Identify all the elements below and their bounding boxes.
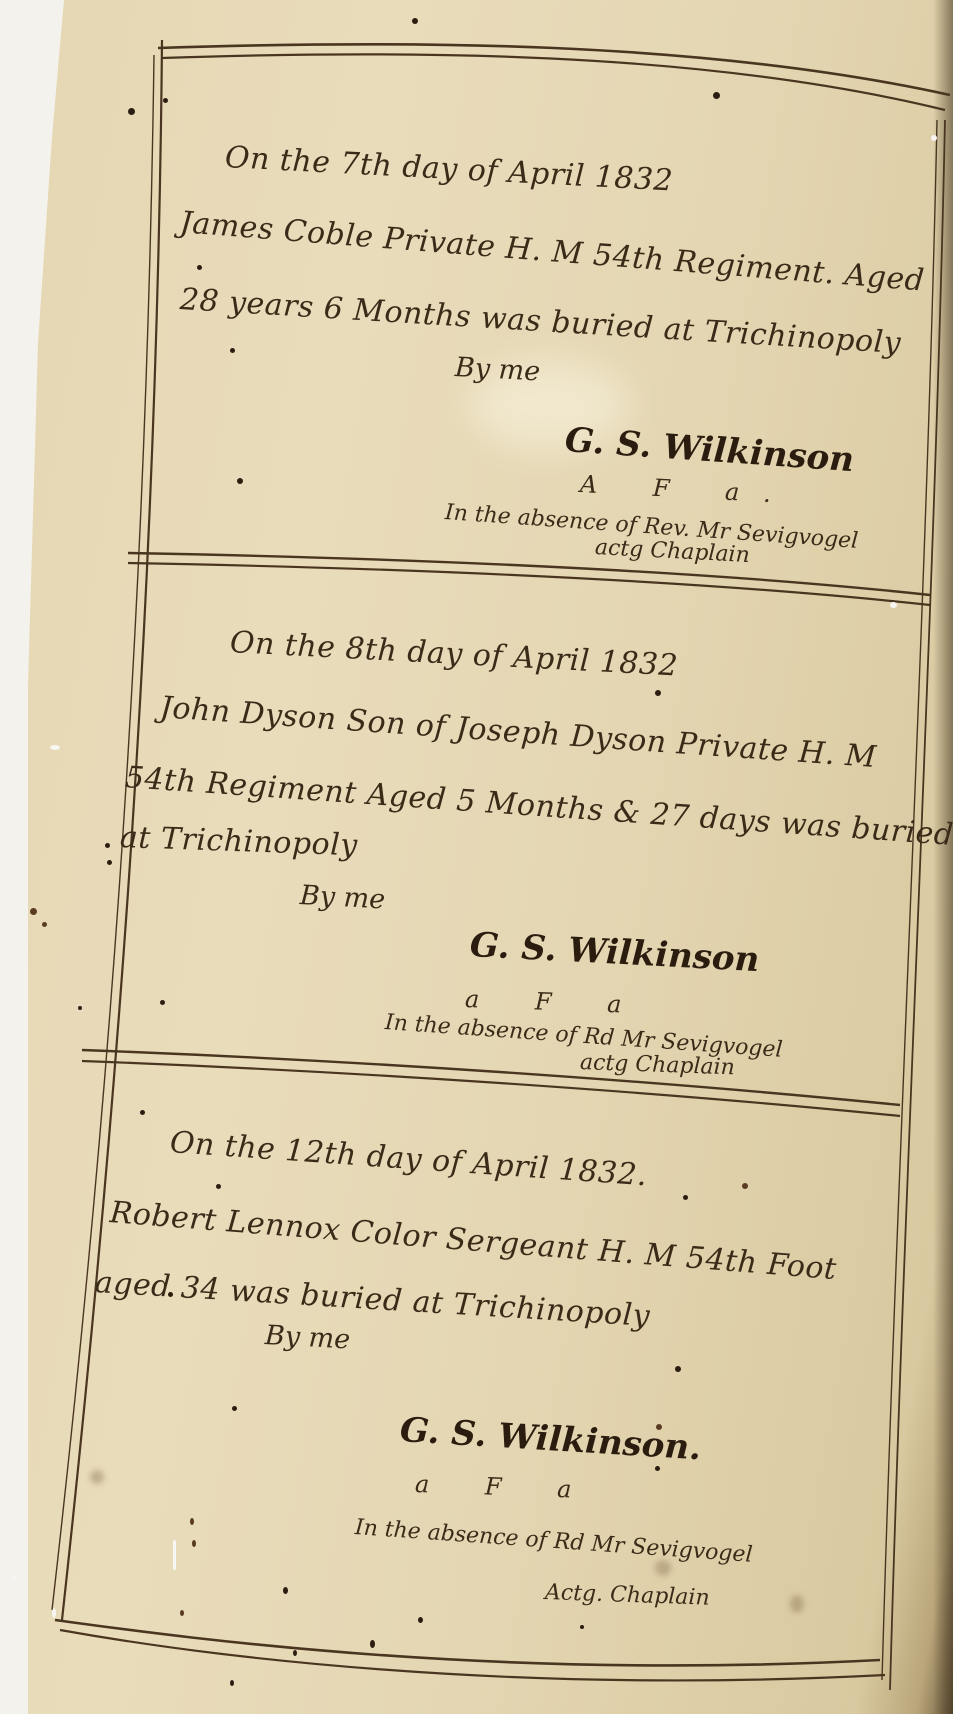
by-me-label: By me [454, 352, 541, 387]
by-me-label: By me [299, 880, 386, 915]
by-me-label: By me [264, 1320, 351, 1355]
chaplain-title: actg Chaplain [580, 1050, 736, 1080]
page-spine-shadow [933, 0, 953, 1714]
